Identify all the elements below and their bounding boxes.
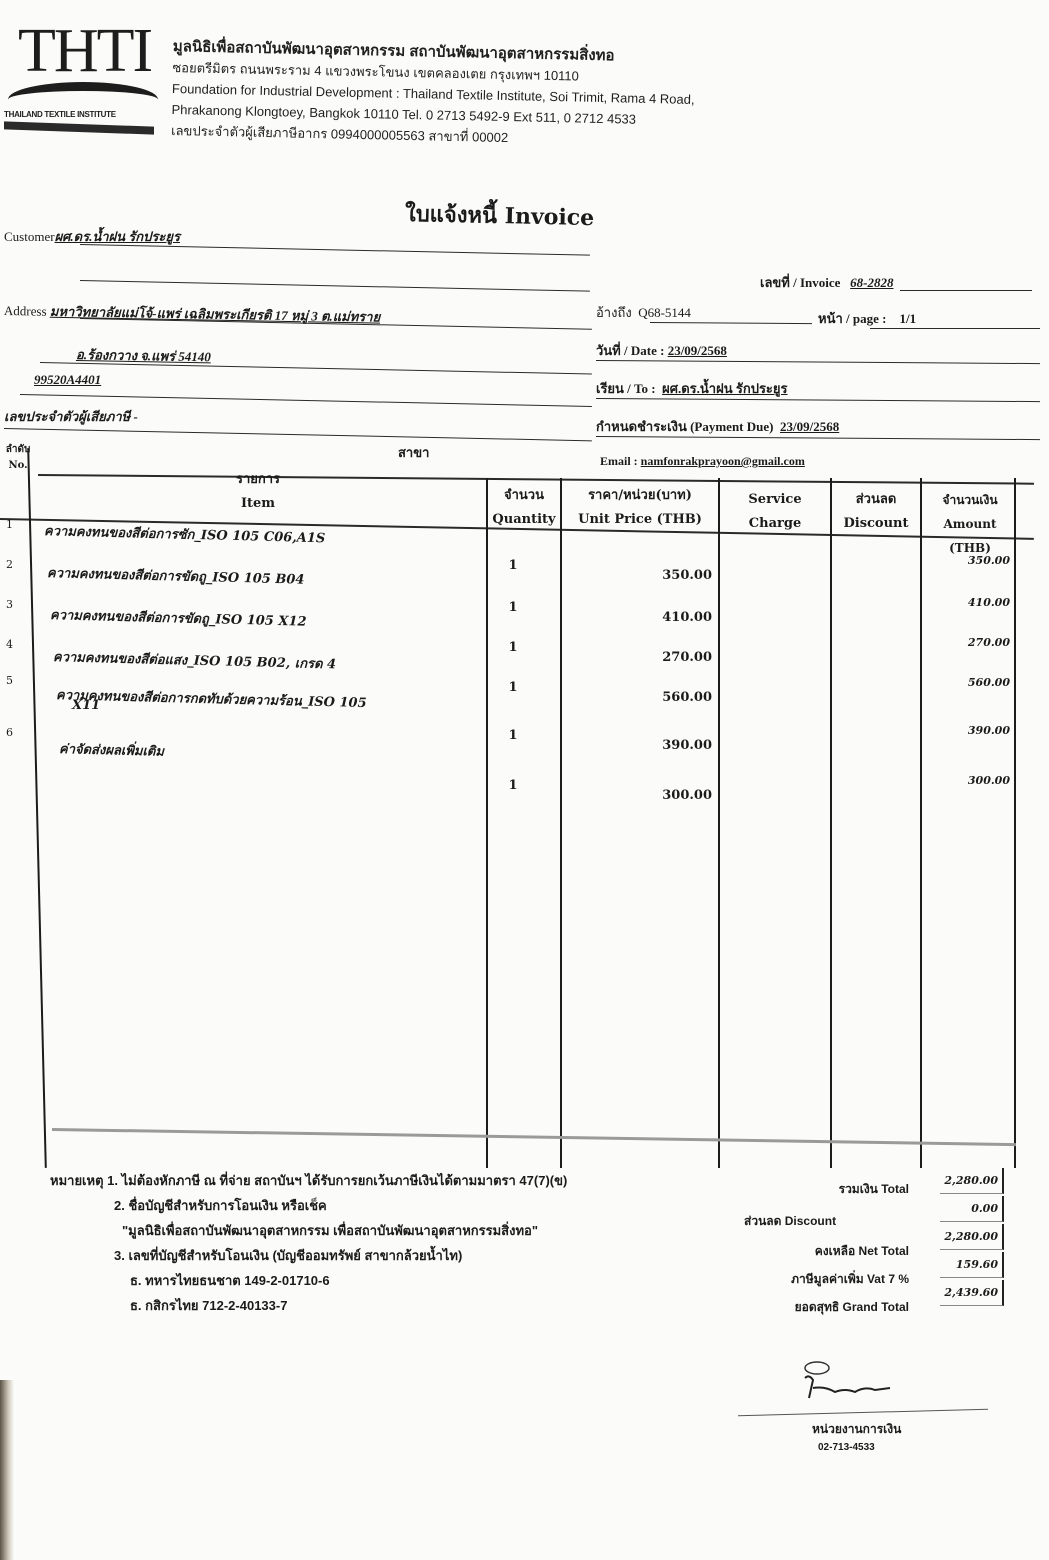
discount-value: 0.00 (940, 1196, 1004, 1222)
header-price-th: ราคา/หน่วย(บาท) (562, 484, 718, 508)
header-discount-th: ส่วนลด (832, 488, 920, 512)
document-title: ใบแจ้งหนี้ Invoice (405, 196, 595, 235)
row-amount: 350.00 (938, 554, 1010, 567)
row-item: ความคงทนของสีต่อแสง_ISO 105 B02, เกรด 4 (53, 646, 337, 674)
total-value: 2,280.00 (940, 1168, 1004, 1194)
note-line: 1. ไม่ต้องหักภาษี ณ ที่จ่าย สถาบันฯ ได้ร… (107, 1173, 567, 1188)
header-item-en: Item (158, 492, 358, 516)
customer-code-field: 99520A4401 (34, 372, 101, 388)
row-amount: 560.00 (938, 676, 1010, 689)
to-field: เรียน / To : ผศ.ดร.น้ำฝน รักประยูร (596, 378, 788, 399)
header-no: ลำดับ No. (0, 442, 38, 474)
page-label: หน้า / page : (818, 311, 886, 326)
row-unit-price: 350.00 (568, 568, 712, 583)
signature-line (738, 1409, 988, 1417)
row-unit-price: 270.00 (568, 650, 712, 665)
note-line: ธ. กสิกรไทย 712-2-40133-7 (50, 1293, 567, 1318)
rule (650, 322, 812, 324)
logo-mark: THTI (18, 20, 151, 82)
note-line: 2. ชื่อบัญชีสำหรับการโอนเงิน หรือเช็ค (50, 1193, 567, 1218)
rule (596, 360, 1040, 364)
to-value: ผศ.ดร.น้ำฝน รักประยูร (662, 381, 787, 396)
row-unit-price: 560.00 (568, 690, 712, 705)
customer-value: ผศ.ดร.น้ำฝน รักประยูร (55, 229, 180, 244)
header-item: รายการ Item (158, 468, 358, 516)
tax-id-field: เลขประจำตัวผู้เสียภาษี - (4, 406, 138, 427)
header-discount-en: Discount (832, 512, 920, 536)
notes: หมายเหตุ 1. ไม่ต้องหักภาษี ณ ที่จ่าย สถา… (50, 1168, 567, 1318)
branch-label: สาขา (398, 442, 429, 463)
header-qty-th: จำนวน (488, 484, 560, 508)
row-number: 2 (6, 558, 13, 571)
invoice-no-label: เลขที่ / Invoice (760, 275, 840, 290)
invoice-no-field: เลขที่ / Invoice 68-2828 (760, 272, 894, 293)
header-price-en: Unit Price (THB) (562, 508, 718, 532)
page-edge-shadow (0, 1380, 14, 1560)
rule (4, 428, 592, 441)
rule (900, 290, 1032, 291)
address-label: Address (4, 303, 47, 319)
rule (40, 362, 592, 375)
row-unit-price: 300.00 (568, 788, 712, 803)
column-divider (830, 478, 832, 1168)
column-divider (718, 478, 720, 1168)
net-total-label: คงเหลือ Net Total (815, 1242, 909, 1261)
row-number: 1 (6, 518, 13, 531)
email-label: Email : (600, 454, 638, 468)
row-item: ความคงทนของสีต่อการขัดถู_ISO 105 B04 (47, 562, 305, 590)
note-line: ธ. ทหารไทยธนชาต 149-2-01710-6 (50, 1268, 567, 1293)
row-quantity: 1 (508, 728, 518, 743)
payment-due-label: กำหนดชำระเงิน (Payment Due) (596, 419, 773, 434)
reference-label: อ้างถึง (596, 305, 632, 320)
row-item-cont: X11 (72, 698, 100, 713)
header-quantity: จำนวน Quantity (488, 484, 560, 532)
row-quantity: 1 (508, 558, 518, 573)
address-line2: อ.ร้องกวาง จ.แพร่ 54140 (76, 347, 211, 364)
header-amount-th: จำนวนเงิน (922, 488, 1018, 512)
note-line: 3. เลขที่บัญชีสำหรับโอนเงิน (บัญชีออมทรั… (50, 1243, 567, 1268)
reference-value: Q68-5144 (638, 305, 691, 320)
column-divider (27, 448, 47, 1168)
customer-code: 99520A4401 (34, 372, 101, 387)
customer-label: Customer (4, 229, 55, 244)
reference-field: อ้างถึง Q68-5144 (596, 302, 691, 323)
row-unit-price: 390.00 (568, 738, 712, 753)
org-header: มูลนิธิเพื่อสถาบันพัฒนาอุตสาหกรรม สถาบัน… (171, 36, 696, 152)
date-value: 23/09/2568 (668, 343, 727, 358)
header-amount: จำนวนเงิน Amount (THB) (922, 488, 1018, 560)
payment-due-field: กำหนดชำระเงิน (Payment Due) 23/09/2568 (596, 416, 839, 437)
header-service-2: Charge (720, 512, 830, 536)
signature-label: หน่วยงานการเงิน (812, 1420, 901, 1439)
page-field: หน้า / page : 1/1 (818, 308, 916, 329)
row-amount: 270.00 (938, 636, 1010, 649)
row-item: ความคงทนของสีต่อการกดทับด้วยความร้อน_ISO… (56, 684, 367, 713)
items-table: ลำดับ No. รายการ Item จำนวน Quantity ราค… (38, 468, 1034, 1164)
payment-due-value: 23/09/2568 (780, 419, 839, 434)
total-label: รวมเงิน Total (839, 1180, 909, 1199)
grand-total-value: 2,439.60 (940, 1280, 1004, 1306)
column-divider (560, 478, 562, 1168)
rule (870, 328, 1040, 329)
discount-label: ส่วนลด Discount (744, 1212, 836, 1231)
row-quantity: 1 (508, 640, 518, 655)
to-label: เรียน / To : (596, 381, 656, 396)
row-item: ความคงทนของสีต่อการขัดถู_ISO 105 X12 (50, 604, 307, 632)
row-amount: 300.00 (938, 774, 1010, 787)
row-number: 4 (6, 638, 13, 651)
column-divider (920, 478, 922, 1168)
email-value: namfonrakprayoon@gmail.com (641, 454, 805, 468)
logo-tagline: THAILAND TEXTILE INSTITUTE (4, 110, 154, 119)
header-service-charge: Service Charge (720, 488, 830, 536)
date-label: วันที่ / Date : (596, 343, 664, 358)
vat-value: 159.60 (940, 1252, 1004, 1278)
row-number: 5 (6, 674, 13, 687)
rule (80, 280, 590, 292)
invoice-page: THTI THAILAND TEXTILE INSTITUTE มูลนิธิเ… (0, 0, 1049, 1560)
row-item: ค่าจัดส่งผลเพิ่มเติม (59, 738, 164, 762)
email-field: Email : namfonrakprayoon@gmail.com (600, 454, 805, 469)
row-amount: 390.00 (938, 724, 1010, 737)
header-qty-en: Quantity (488, 508, 560, 532)
rule (596, 398, 1040, 402)
row-quantity: 1 (508, 600, 518, 615)
header-amount-en: Amount (THB) (922, 512, 1018, 560)
header-unit-price: ราคา/หน่วย(บาท) Unit Price (THB) (562, 484, 718, 532)
rule (80, 244, 590, 256)
header-service-1: Service (720, 488, 830, 512)
date-field: วันที่ / Date : 23/09/2568 (596, 340, 727, 361)
row-quantity: 1 (508, 680, 518, 695)
thti-logo: THTI THAILAND TEXTILE INSTITUTE (4, 14, 164, 134)
signature-phone: 02-713-4533 (818, 1442, 875, 1453)
column-divider (486, 478, 488, 1168)
header-discount: ส่วนลด Discount (832, 488, 920, 536)
notes-label: หมายเหตุ (50, 1173, 104, 1188)
row-quantity: 1 (508, 778, 518, 793)
row-amount: 410.00 (938, 596, 1010, 609)
row-unit-price: 410.00 (568, 610, 712, 625)
rule (596, 436, 1040, 440)
column-divider (1014, 478, 1016, 1168)
row-number: 3 (6, 598, 13, 611)
net-total-value: 2,280.00 (940, 1224, 1004, 1250)
header-item-th: รายการ (158, 468, 358, 492)
row-number: 6 (6, 726, 13, 739)
vat-label: ภาษีมูลค่าเพิ่ม Vat 7 % (791, 1270, 909, 1289)
grand-total-label: ยอดสุทธิ Grand Total (795, 1298, 909, 1317)
note-line: "มูลนิธิเพื่อสถาบันพัฒนาอุตสาหกรรม เพื่อ… (50, 1218, 567, 1243)
logo-band (4, 121, 154, 134)
signature-icon (795, 1358, 925, 1408)
page-value: 1/1 (899, 311, 916, 326)
table-bottom-border (52, 1128, 1016, 1146)
invoice-no-value: 68-2828 (850, 275, 893, 290)
